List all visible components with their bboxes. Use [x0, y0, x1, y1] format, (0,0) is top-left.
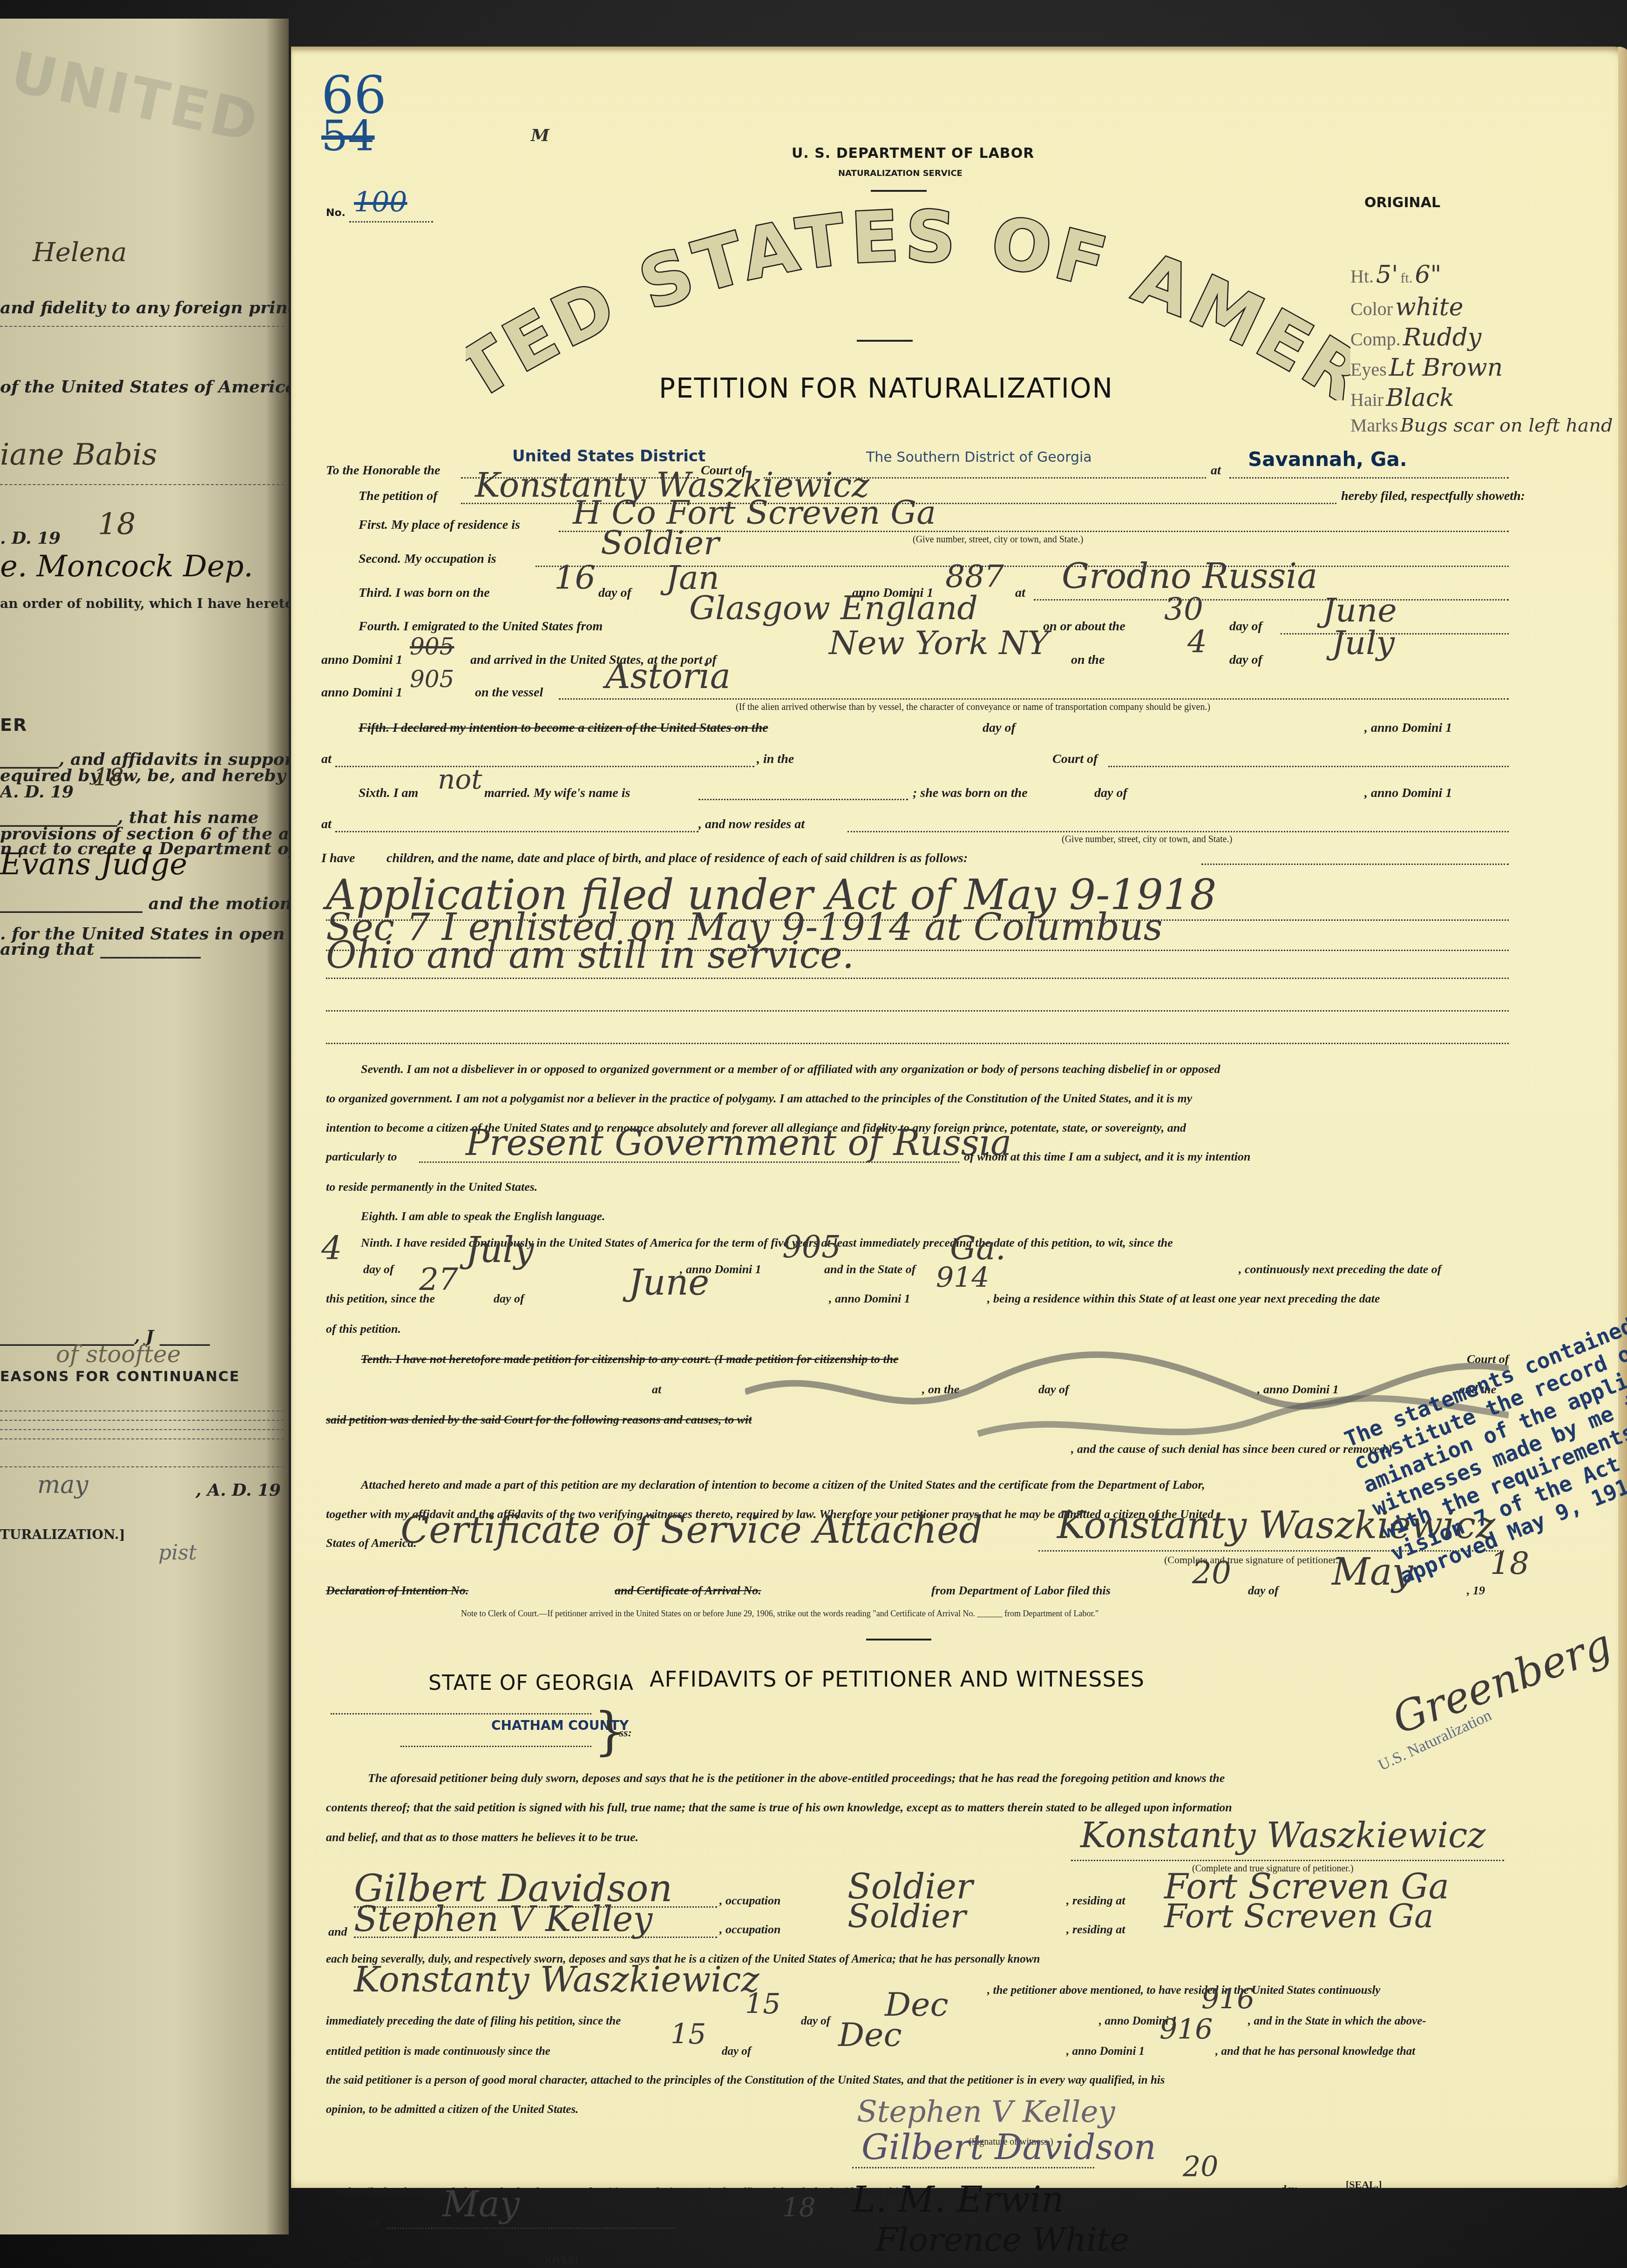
seventh-line-2: to organized government. I am not a poly… [326, 1092, 1192, 1106]
state-label: STATE OF GEORGIA [428, 1671, 634, 1695]
height-feet: 5' [1376, 261, 1398, 289]
declaration-label: Declaration of Intention No. [326, 1584, 468, 1598]
wife-at-rule [335, 831, 698, 832]
form-number: 14—327 [349, 2260, 372, 2268]
affidavit-para-2: contents thereof; that the said petition… [326, 1801, 1232, 1815]
since-day-1: 15 [745, 1988, 780, 2020]
tenth-at: at [652, 1383, 661, 1397]
filed-day: 20 [1192, 1555, 1231, 1591]
fifth-court-of: Court of [1052, 752, 1098, 767]
sovereign-rule [419, 1161, 959, 1163]
ninth-since-day-of: day of [494, 1292, 524, 1306]
sworn-month-rule [386, 2227, 675, 2229]
hereby-filed-label: hereby filed, respectfully showeth: [1341, 489, 1525, 504]
sworn-day-label: day [1281, 2183, 1297, 2196]
entitled-text: entitled petition is made continuously s… [326, 2045, 550, 2058]
clerk-signature: L. M. Erwin [852, 2179, 1064, 2220]
wife-born-label: ; she was born on the [913, 786, 1028, 801]
emigrated-anno-label: anno Domini 1 [321, 653, 402, 668]
ninth-being: , being a residence within this State of… [987, 1292, 1380, 1306]
immediately-text: immediately preceding the date of filing… [326, 2015, 621, 2028]
witness1-residing-label: , residing at [1066, 1894, 1125, 1908]
children-rule [1201, 864, 1509, 865]
marks-value: Bugs scar on left hand [1400, 415, 1613, 436]
since-day-2: 15 [671, 2018, 706, 2051]
filed-year-prefix: , 19 [1467, 1584, 1485, 1598]
ninth-month: July [466, 1229, 534, 1270]
arrived-day-of: day of [1229, 653, 1262, 668]
deputy-signature: Florence White [875, 2221, 1129, 2259]
sworn-of-label: of [370, 2216, 380, 2228]
occupation-label: Second. My occupation is [359, 552, 496, 567]
left-page-line: an order of nobility, which I have heret… [0, 596, 289, 611]
feet-label: ft. [1401, 270, 1413, 286]
particularly-to-label: particularly to [326, 1150, 397, 1164]
known-petitioner-name: Konstanty Waszkiewicz [354, 1960, 759, 2000]
title-arc-text: UNITED STATES OF AMERICA [466, 205, 1350, 400]
complexion-label: Comp. [1350, 329, 1401, 350]
subscribed-text: Subscribed and sworn to before me by the… [335, 2186, 902, 2198]
title-rule [857, 340, 913, 342]
emigrated-day: 30 [1164, 591, 1203, 627]
born-day-of-label: day of [598, 586, 631, 601]
county-rule-bottom [400, 1746, 591, 1747]
children-text: children, and the name, date and place o… [386, 851, 968, 866]
over-label: [OVER] [545, 2255, 578, 2266]
left-page-rule [0, 326, 284, 327]
ss-label: ss: [619, 1727, 632, 1740]
ninth-end: of this petition. [326, 1322, 401, 1336]
certificate-note: Certificate of Service Attached [400, 1508, 983, 1552]
characteristics-panel: Ht. 5' ft. 6" Color white Comp. Ruddy Ey… [1350, 261, 1613, 445]
left-page-line: TURALIZATION.] [0, 1527, 125, 1542]
ninth-day: 4 [321, 1229, 342, 1267]
tenth-denied: said petition was denied by the said Cou… [326, 1413, 752, 1427]
sworn-anno: , anno Domini 19 [680, 2216, 760, 2228]
left-page-line: A. D. 19 [0, 782, 74, 802]
wife-name-rule [698, 799, 908, 800]
residence-hint: (Give number, street, city or town, and … [913, 534, 1083, 545]
clerk-note: Note to Clerk of Court.—If petitioner ar… [461, 1609, 1098, 1619]
vessel-name: Astoria [605, 656, 731, 696]
left-page-rule [0, 1411, 284, 1411]
court-name-stamp: United States District [512, 447, 705, 466]
fifth-day-of: day of [983, 721, 1016, 736]
wife-residence-hint: (Give number, street, city or town, and … [1062, 834, 1232, 845]
service-label: NATURALIZATION SERVICE [838, 169, 963, 178]
married-label: married. My wife's name is [484, 786, 630, 801]
sovereign-value: Present Government of Russia [466, 1122, 1011, 1163]
section-rule [866, 1639, 931, 1640]
left-page-line: , A. D. 19 [196, 1480, 281, 1500]
by-label: By [813, 2248, 825, 2261]
vessel-anno-label: anno Domini 1 [321, 685, 402, 700]
m-mark: M [531, 126, 549, 145]
seal-label: [SEAL.] [1346, 2179, 1382, 2191]
ninth-day-of: day of [363, 1262, 394, 1276]
petitioner-mentioned: , the petitioner above mentioned, to hav… [987, 1984, 1380, 1997]
witness1-occupation-label: , occupation [719, 1894, 780, 1908]
witness2-residence: Fort Screven Ga [1164, 1897, 1434, 1935]
witness-signature-1: Stephen V Kelley [857, 2095, 1115, 2129]
county-rule-top [331, 1713, 591, 1714]
birthplace: Grodno Russia [1062, 556, 1317, 596]
filed-day-of: day of [1248, 1584, 1279, 1598]
left-page-handwriting: 18 [93, 763, 124, 791]
witness2-name-rule [354, 1937, 717, 1938]
emigrated-day-of: day of [1229, 619, 1262, 634]
left-page-line: _________________ and the motion [0, 894, 289, 913]
since-year-1: 916 [1201, 1983, 1255, 2016]
since-day-of-2: day of [722, 2045, 751, 2058]
form-title: PETITION FOR NATURALIZATION [659, 372, 1113, 404]
fifth-anno: , anno Domini 1 [1364, 721, 1452, 736]
left-page-rule [0, 1438, 284, 1439]
sworn-day: 20 [1183, 2151, 1218, 2183]
personal-knowledge: , and that he has personal knowledge tha… [1215, 2045, 1415, 2058]
occupation-value: Soldier [601, 524, 719, 562]
arrived-day: 4 [1187, 624, 1207, 660]
eyes-value: Lt Brown [1389, 354, 1503, 382]
page-edge [1618, 47, 1627, 2188]
original-label: ORIGINAL [1364, 195, 1440, 211]
wife-at: at [321, 817, 332, 832]
since-anno-2: , anno Domini 1 [1066, 2045, 1145, 2058]
hair-label: Hair [1350, 389, 1383, 410]
witness2-residing-label: , residing at [1066, 1923, 1125, 1937]
left-page-line: aring that ____________ [0, 939, 201, 959]
hair-value: Black [1386, 384, 1454, 412]
vessel-label: on the vessel [475, 685, 543, 700]
witness2-name: Stephen V Kelley [354, 1899, 652, 1939]
moral-line-1: the said petitioner is a person of good … [326, 2074, 1165, 2087]
district-stamp: The Southern District of Georgia [866, 449, 1092, 466]
left-page-rule [0, 1420, 284, 1421]
left-page-handwriting: 18 [98, 507, 136, 542]
height-label: Ht. [1350, 266, 1374, 287]
now-resides-rule [847, 831, 1509, 832]
left-page-line: of the United States of America against [0, 377, 289, 397]
no-rule [349, 221, 433, 223]
left-page-handwriting: of stooftee [56, 1341, 181, 1368]
left-page-line: . D. 19 [0, 528, 61, 548]
vessel-rule [559, 698, 1509, 700]
emigrated-from: Glasgow England [689, 589, 978, 627]
left-page-handwriting: Helena [33, 237, 127, 268]
on-or-about-label: on or about the [1043, 619, 1125, 634]
ninth-since-year: 914 [936, 1262, 990, 1294]
left-page-handwriting: may [37, 1471, 88, 1499]
no-value: 100 [354, 186, 407, 219]
left-page-handwriting: Evans Judge [0, 847, 187, 882]
affidavit-signature-rule [1071, 1860, 1504, 1861]
sixth-label: Sixth. I am [359, 786, 418, 801]
vessel-year: 905 [410, 666, 454, 693]
on-the-label: on the [1071, 653, 1105, 668]
state-in-which: , and in the State in which the above- [1248, 2015, 1426, 2028]
left-page-heading: ER [0, 715, 27, 735]
sworn-month: May [442, 2183, 520, 2225]
born-label: Third. I was born on the [359, 586, 490, 601]
and-label: and [328, 1925, 347, 1939]
location-stamp: Savannah, Ga. [1248, 448, 1407, 471]
left-page-ghost-title: UNITED [5, 40, 265, 155]
from-dept-label: from Department of Labor filed this [931, 1584, 1111, 1598]
ninth-since-label: this petition, since the [326, 1292, 435, 1306]
since-month-2: Dec [838, 2016, 902, 2054]
seventh-line-1: Seventh. I am not a disbeliever in or op… [361, 1062, 1220, 1076]
fifth-court-rule [1108, 766, 1509, 767]
emigrated-year: 905 [410, 633, 454, 660]
marks-label: Marks [1350, 415, 1398, 436]
left-page-rule [0, 484, 284, 485]
born-at-label: at [1015, 586, 1025, 601]
color-value: white [1395, 293, 1463, 321]
at-label: at [1211, 463, 1221, 478]
affidavit-petitioner-signature: Konstanty Waszkiewicz [1080, 1816, 1486, 1856]
affidavit-para-3: and belief, and that as to those matters… [326, 1830, 638, 1844]
header-rule [871, 190, 927, 192]
left-page-rule [0, 1466, 284, 1467]
left-page-rule [0, 1429, 284, 1430]
now-resides-label: , and now resides at [698, 817, 805, 832]
location-rule [1229, 477, 1509, 479]
no-label: No. [326, 207, 346, 219]
fifth-at-rule [335, 766, 754, 767]
remarks-rule-5 [326, 1043, 1509, 1044]
affidavit-para-1: The aforesaid petitioner being duly swor… [368, 1771, 1225, 1785]
marital-status: not [438, 763, 482, 795]
vessel-hint: (If the alien arrived otherwise than by … [736, 702, 1210, 713]
petition-of-label: The petition of [359, 489, 438, 504]
witness2-occupation: Soldier [847, 1897, 966, 1935]
port: New York NY [829, 624, 1049, 662]
witness2-occupation-label: , occupation [719, 1923, 780, 1937]
wife-anno: , anno Domini 1 [1364, 786, 1452, 801]
left-facing-page: UNITED and fidelity to any foreign princ… [0, 19, 289, 2234]
clerk-label: , Clerk. [1197, 2216, 1231, 2228]
left-page-handwriting: iane Babis [0, 438, 157, 472]
ninth-continuous: , continuously next preceding the date o… [1239, 1262, 1442, 1276]
children-label: I have [321, 851, 355, 866]
ninth-since-anno: , anno Domini 1 [829, 1292, 910, 1306]
remarks-line-3: Ohio and am still in service. [326, 933, 854, 977]
fifth-label: Fifth. I declared my intention to become… [359, 721, 768, 736]
height-inches: 6" [1415, 261, 1442, 289]
ninth-year: 905 [782, 1229, 841, 1265]
wife-day-of: day of [1094, 786, 1127, 801]
left-page-line: and fidelity to any foreign prince, pote… [0, 298, 289, 317]
arrived-month: July [1332, 624, 1395, 662]
moral-line-2: opinion, to be admitted a citizen of the… [326, 2103, 578, 2116]
fifth-at: at [321, 752, 332, 767]
witness-signature-2: Gilbert Davidson [861, 2127, 1156, 2167]
eighth-clause: Eighth. I am able to speak the English l… [361, 1209, 605, 1223]
eyes-label: Eyes [1350, 359, 1387, 380]
residence-label: First. My place of residence is [359, 518, 520, 533]
complexion-value: Ruddy [1403, 324, 1482, 351]
ninth-state-label: and in the State of [824, 1262, 915, 1276]
remarks-rule-3 [326, 978, 1509, 979]
fifth-in-the: , in the [757, 752, 794, 767]
ninth-since-day: 27 [419, 1262, 458, 1297]
ninth-since-month: June [629, 1262, 709, 1303]
color-label: Color [1350, 298, 1393, 319]
to-honorable-label: To the Honorable the [326, 463, 441, 478]
remarks-rule-4 [326, 1010, 1509, 1012]
signature-hint: (Complete and true signature of petition… [1164, 1554, 1342, 1566]
title-arc: UNITED STATES OF AMERICA [466, 205, 1350, 400]
department-label: U. S. DEPARTMENT OF LABOR [792, 145, 1034, 162]
reside-permanently: to reside permanently in the United Stat… [326, 1180, 537, 1194]
emigrated-label: Fourth. I emigrated to the United States… [359, 619, 603, 634]
sworn-year: 18 [782, 2193, 815, 2223]
witness-signature-rule [852, 2167, 1094, 2168]
attached-line-1: Attached hereto and made a part of this … [361, 1478, 1205, 1492]
left-page-heading: EASONS FOR CONTINUANCE [0, 1369, 240, 1385]
svg-text:UNITED STATES OF AMERICA: UNITED STATES OF AMERICA [466, 205, 1350, 400]
since-day-of-1: day of [801, 2015, 830, 2028]
file-number-struck: 54 [321, 112, 375, 161]
left-page-handwriting: e. Moncock Dep. [0, 549, 253, 584]
deputy-clerk-label: , Deputy Clerk. [1187, 2241, 1257, 2254]
birthplace-rule [1034, 599, 1509, 601]
affidavit-title: AFFIDAVITS OF PETITIONER AND WITNESSES [650, 1667, 1145, 1692]
born-day: 16 [554, 559, 596, 597]
cert-arrival-label: and Certificate of Arrival No. [615, 1584, 761, 1598]
since-year-2: 916 [1159, 2013, 1213, 2046]
of-whom-label: of whom at this time I am a subject, and… [964, 1150, 1250, 1164]
left-page-handwriting: pist [158, 1541, 197, 1565]
